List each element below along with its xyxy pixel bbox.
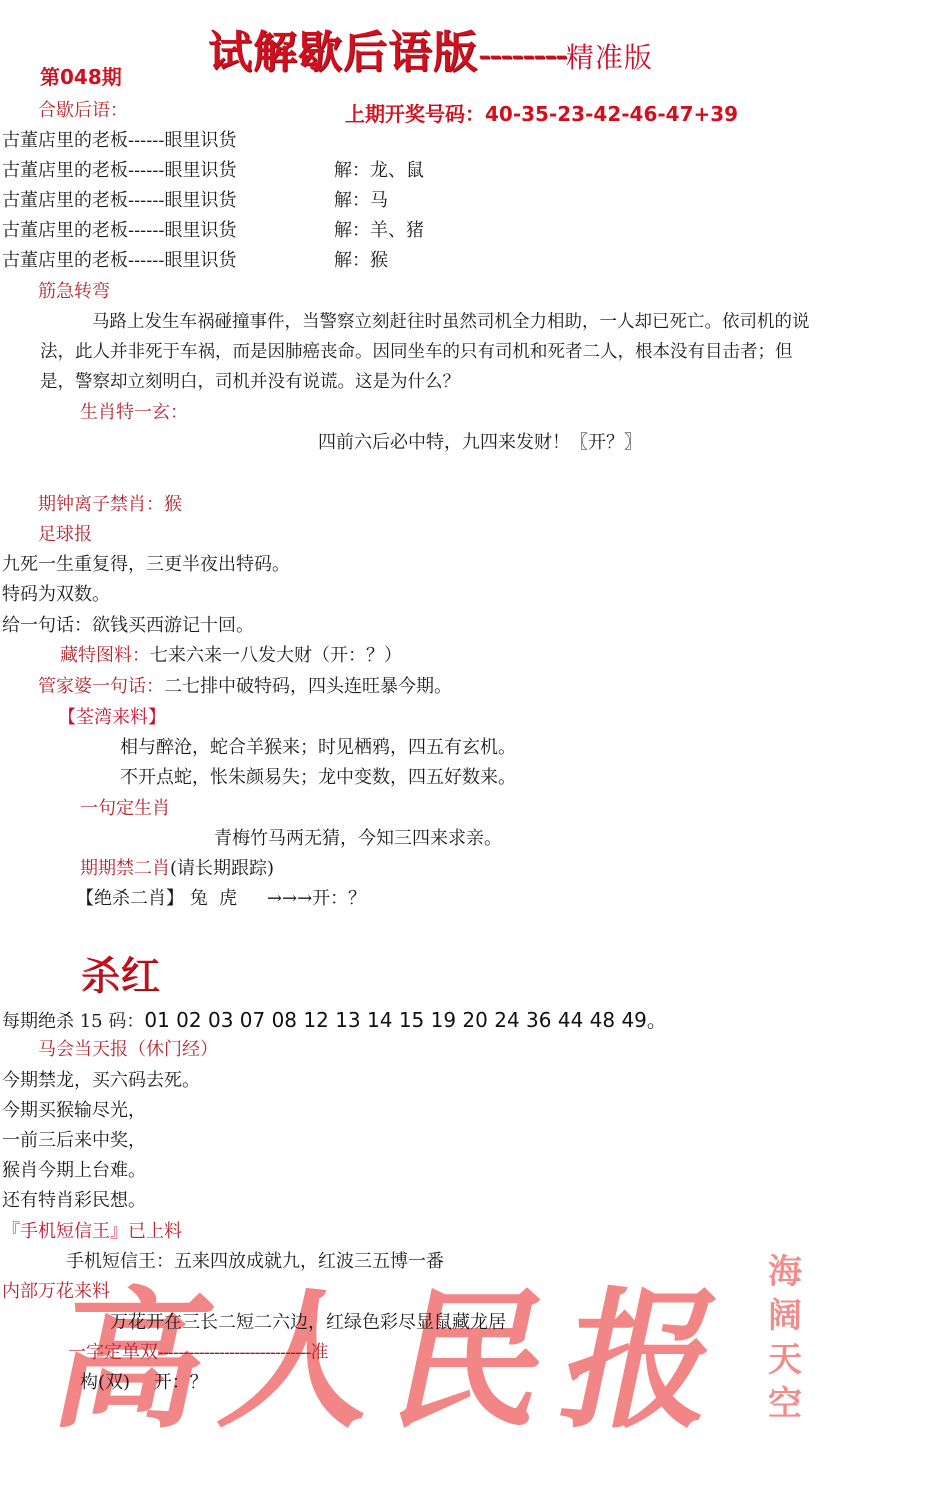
sms-king-bracket: 『手机短信王』 — [2, 1221, 128, 1242]
housekeeper-text: 二七排中破特码，四头连旺暴今期。 — [164, 676, 452, 697]
page-title: 试解歇后语版--------精准版 — [208, 16, 653, 80]
brain-teaser-line: 马路上发生车祸碰撞事件，当警察立刻赶往时虽然司机全力相助，一人却已死亡。依司机的… — [92, 308, 810, 333]
kill-two-label: 【绝杀二肖】 — [76, 888, 184, 909]
sms-king-suffix: 已上料 — [128, 1221, 182, 1242]
xiehouyu-row: 古董店里的老板------眼里识货 — [2, 216, 237, 242]
football-line: 给一句话：欲钱买西游记十回。 — [2, 611, 254, 637]
kill-two: 【绝杀二肖】 兔 虎 →→→开：？ — [76, 884, 366, 910]
last-draw: 上期开奖号码：40-35-23-42-46-47+39 — [345, 98, 738, 127]
hidden-pic-label: 藏特图料： — [60, 645, 150, 666]
horse-club-line: 猴肖今期上台难。 — [2, 1156, 146, 1182]
horse-club-line: 一前三后来中奖， — [2, 1126, 146, 1152]
xiehouyu-answer: 解：羊、猪 — [334, 216, 424, 242]
horse-club-line: 今期禁龙，买六码去死。 — [2, 1066, 200, 1092]
kill-two-arrows: →→→开：？ — [267, 888, 366, 909]
kill-red-label: 每期绝杀 15 码： — [2, 1011, 144, 1032]
odd-even-open: 开：？ — [154, 1372, 208, 1393]
horse-club-line: 今期买猴输尽光， — [2, 1096, 146, 1122]
wanhua-label: 内部万花来料 — [2, 1277, 110, 1303]
title-sub: 精准版 — [566, 41, 653, 74]
xiehouyu-row: 古董店里的老板------眼里识货 — [2, 156, 237, 182]
xiehouyu-answer: 解：龙、鼠 — [334, 156, 424, 182]
xiehouyu-label: 合歇后语： — [38, 96, 128, 122]
xiehouyu-answer: 解：猴 — [334, 246, 388, 272]
title-main: 试解歇后语版 — [208, 27, 478, 78]
hidden-pic: 藏特图料：七来六来一八发大财（开：？） — [60, 641, 402, 667]
odd-even-suffix: 准 — [310, 1342, 328, 1363]
two-banned: 期期禁二肖(请长期跟踪) — [80, 854, 274, 880]
housekeeper: 管家婆一句话：二七排中破特码，四头连旺暴今期。 — [38, 672, 452, 698]
zodiac-riddle-text: 四前六后必中特，九四来发财！〖开？〗 — [318, 428, 642, 454]
sms-king-text: 手机短信王：五来四放成就九，红波三五博一番 — [66, 1247, 444, 1273]
zodiac-riddle-label: 生肖特一玄： — [80, 398, 188, 424]
odd-even-answer-row: 构(双) 开：？ — [80, 1368, 208, 1394]
brain-teaser-line: 是，警察却立刻明白，司机并没有说谎。这是为什么？ — [40, 368, 460, 393]
xiehouyu-row: 古董店里的老板------眼里识货 — [2, 126, 237, 152]
kill-two-values: 兔 虎 — [190, 888, 237, 909]
quanwan-label: 【荃湾来料】 — [58, 703, 166, 729]
kill-red-row: 每期绝杀 15 码：01 02 03 07 08 12 13 14 15 19 … — [2, 1004, 667, 1033]
xiehouyu-row: 古董店里的老板------眼里识货 — [2, 186, 237, 212]
quanwan-line: 相与醉沧，蛇合羊猴来；时见栖鸦，四五有玄机。 — [120, 733, 516, 759]
odd-even-answer: 构(双) — [80, 1372, 130, 1393]
football-label: 足球报 — [38, 520, 92, 546]
kill-red-numbers: 01 02 03 07 08 12 13 14 15 19 20 24 36 4… — [144, 1008, 667, 1032]
issue-number: 第048期 — [40, 61, 122, 90]
quanwan-line: 不开点蛇，怅朱颜易失；龙中变数，四五好数来。 — [120, 763, 516, 789]
hidden-pic-text: 七来六来一八发大财（开：？） — [150, 645, 402, 666]
one-sentence-text: 青梅竹马两无猜，今知三四来求亲。 — [214, 824, 502, 850]
banned-zodiac: 期钟离子禁肖：猴 — [38, 490, 182, 516]
last-draw-numbers: 40-35-23-42-46-47+39 — [485, 102, 738, 126]
football-line: 九死一生重复得，三更半夜出特码。 — [2, 550, 290, 576]
housekeeper-label: 管家婆一句话： — [38, 676, 164, 697]
horse-club-label: 马会当天报（休门经） — [38, 1035, 218, 1061]
sms-king-label: 『手机短信王』已上料 — [2, 1217, 182, 1243]
two-banned-note: (请长期跟踪) — [170, 858, 274, 879]
last-draw-label: 上期开奖号码： — [345, 102, 485, 126]
odd-even-label: 一字定单双 — [68, 1342, 158, 1363]
brain-teaser-label: 筋急转弯 — [38, 277, 110, 303]
odd-even-row: 一字定单双------------------------------准 — [68, 1338, 328, 1364]
football-line: 特码为双数。 — [2, 580, 110, 606]
title-dash: -------- — [478, 35, 566, 76]
xiehouyu-answer: 解：马 — [334, 186, 388, 212]
odd-even-dashes: ------------------------------ — [158, 1342, 310, 1363]
one-sentence-label: 一句定生肖 — [80, 794, 170, 820]
xiehouyu-row: 古董店里的老板------眼里识货 — [2, 246, 237, 272]
brain-teaser-line: 法，此人并非死于车祸，而是因肺癌丧命。因同坐车的只有司机和死者二人，根本没有目击… — [40, 338, 793, 363]
horse-club-line: 还有特肖彩民想。 — [2, 1186, 146, 1212]
kill-red-heading: 杀红 — [80, 944, 160, 1001]
wanhua-text: 万花开在三长二短二六边，红绿色彩尽显鼠藏龙居 — [110, 1308, 506, 1334]
watermark-side: 海阔天空 — [765, 1250, 805, 1426]
two-banned-label: 期期禁二肖 — [80, 858, 170, 879]
